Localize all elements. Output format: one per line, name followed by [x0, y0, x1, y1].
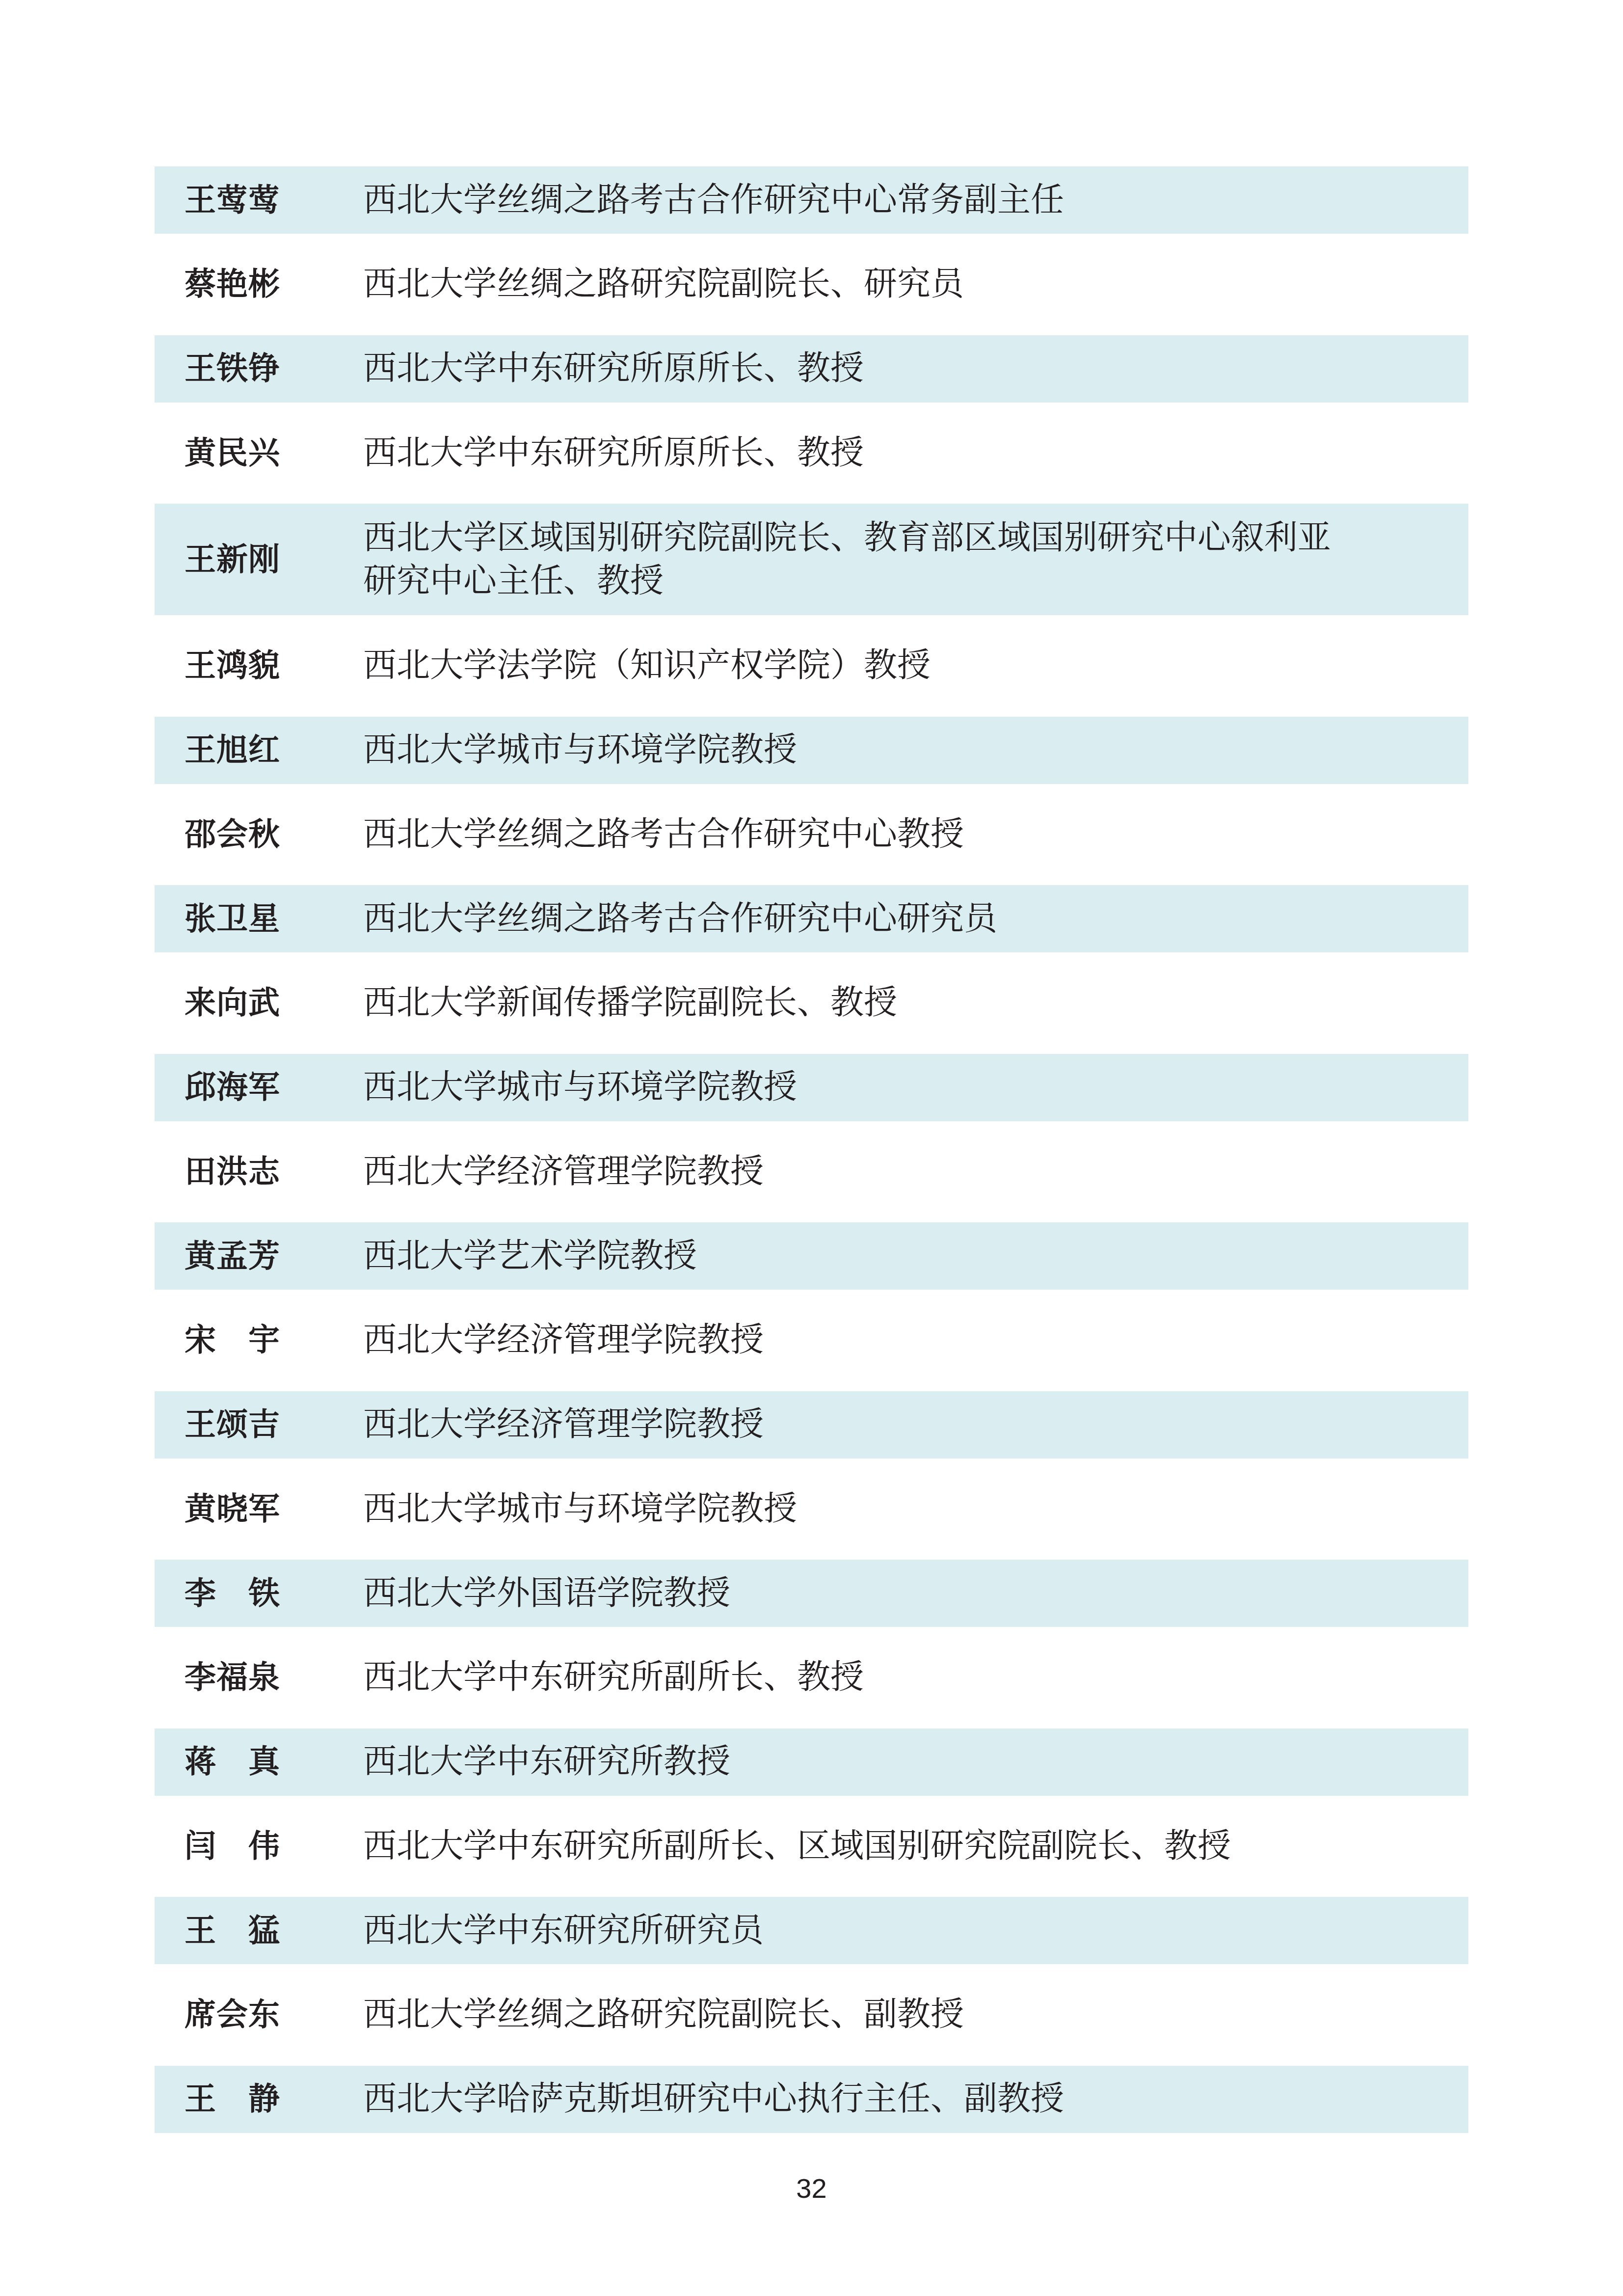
member-name: 王铁铮 — [185, 353, 280, 384]
name-char: 邵 — [185, 819, 216, 850]
member-name: 蒋真 — [185, 1746, 280, 1778]
name-char: 鸿 — [216, 650, 248, 681]
name-char: 军 — [248, 1072, 280, 1103]
member-name: 宋宇 — [185, 1324, 280, 1356]
name-char: 宋 — [185, 1324, 216, 1356]
member-title: 西北大学经济管理学院教授 — [363, 1319, 1418, 1362]
roster-row: 王莺莺 西北大学丝绸之路考古合作研究中心常务副主任 — [155, 166, 1468, 234]
name-char: 黄 — [185, 437, 216, 469]
member-title-line: 研究中心主任、教授 — [363, 560, 1418, 603]
name-char: 宇 — [248, 1324, 280, 1356]
name-char: 李 — [185, 1662, 216, 1693]
name-char: 会 — [216, 819, 248, 850]
name-char: 黄 — [185, 1493, 216, 1525]
name-char: 田 — [185, 1156, 216, 1188]
name-char: 吉 — [248, 1409, 280, 1440]
roster-row: 王静 西北大学哈萨克斯坦研究中心执行主任、副教授 — [155, 2066, 1468, 2133]
member-title: 西北大学中东研究所副所长、区域国别研究院副院长、教授 — [363, 1825, 1418, 1868]
name-char: 莺 — [216, 185, 248, 216]
name-char: 东 — [248, 1999, 280, 2030]
name-char: 王 — [185, 544, 216, 575]
member-name: 王猛 — [185, 1915, 280, 1946]
name-char: 刚 — [248, 544, 280, 575]
name-char: 伟 — [248, 1831, 280, 1862]
name-char: 铁 — [248, 1578, 280, 1609]
name-char: 福 — [216, 1662, 248, 1693]
name-char: 武 — [248, 987, 280, 1019]
member-name: 来向武 — [185, 987, 280, 1019]
name-char: 新 — [216, 544, 248, 575]
member-title: 西北大学中东研究所副所长、教授 — [363, 1656, 1418, 1699]
roster-row: 蔡艳彬 西北大学丝绸之路研究院副院长、研究员 — [155, 234, 1468, 335]
member-name: 黄晓军 — [185, 1493, 280, 1525]
name-char: 泉 — [248, 1662, 280, 1693]
name-char: 军 — [248, 1493, 280, 1525]
name-char: 艳 — [216, 269, 248, 300]
roster-row: 王铁铮 西北大学中东研究所原所长、教授 — [155, 335, 1468, 403]
name-char: 红 — [248, 734, 280, 766]
name-char: 闫 — [185, 1831, 216, 1862]
member-title: 西北大学艺术学院教授 — [363, 1235, 1418, 1278]
roster-row: 田洪志 西北大学经济管理学院教授 — [155, 1121, 1468, 1223]
name-char: 蒋 — [185, 1746, 216, 1778]
member-title: 西北大学经济管理学院教授 — [363, 1403, 1418, 1446]
member-title-line: 西北大学区域国别研究院副院长、教育部区域国别研究中心叙利亚 — [363, 516, 1418, 560]
name-char: 海 — [216, 1072, 248, 1103]
name-char: 静 — [248, 2083, 280, 2115]
member-title: 西北大学哈萨克斯坦研究中心执行主任、副教授 — [363, 2078, 1418, 2121]
name-char: 王 — [185, 2083, 216, 2115]
name-char: 王 — [185, 650, 216, 681]
member-name: 王鸿貌 — [185, 650, 280, 681]
name-char: 会 — [216, 1999, 248, 2030]
member-title: 西北大学中东研究所原所长、教授 — [363, 432, 1418, 475]
member-title: 西北大学中东研究所研究员 — [363, 1909, 1418, 1952]
name-char: 志 — [248, 1156, 280, 1188]
roster-row: 宋宇 西北大学经济管理学院教授 — [155, 1290, 1468, 1391]
member-name: 邵会秋 — [185, 819, 280, 850]
name-char: 彬 — [248, 269, 280, 300]
member-name: 王颂吉 — [185, 1409, 280, 1440]
roster-row: 闫伟 西北大学中东研究所副所长、区域国别研究院副院长、教授 — [155, 1796, 1468, 1897]
name-char: 王 — [185, 353, 216, 384]
name-char: 王 — [185, 1915, 216, 1946]
name-char: 来 — [185, 987, 216, 1019]
member-name: 蔡艳彬 — [185, 269, 280, 300]
member-name: 王旭红 — [185, 734, 280, 766]
member-title: 西北大学城市与环境学院教授 — [363, 1066, 1418, 1109]
member-title: 西北大学中东研究所原所长、教授 — [363, 347, 1418, 390]
member-title: 西北大学丝绸之路研究院副院长、副教授 — [363, 1993, 1418, 2036]
roster-row: 席会东 西北大学丝绸之路研究院副院长、副教授 — [155, 1964, 1468, 2066]
name-char: 铮 — [248, 353, 280, 384]
member-name: 王静 — [185, 2083, 280, 2115]
name-char: 猛 — [248, 1915, 280, 1946]
member-name: 黄民兴 — [185, 437, 280, 469]
member-title: 西北大学中东研究所教授 — [363, 1740, 1418, 1783]
name-char: 卫 — [216, 903, 248, 935]
name-char: 铁 — [216, 353, 248, 384]
name-char: 孟 — [216, 1241, 248, 1272]
member-name: 张卫星 — [185, 903, 280, 935]
member-title: 西北大学丝绸之路考古合作研究中心研究员 — [363, 897, 1418, 941]
roster-row: 来向武 西北大学新闻传播学院副院长、教授 — [155, 952, 1468, 1054]
roster-row: 黄孟芳 西北大学艺术学院教授 — [155, 1222, 1468, 1290]
name-char: 黄 — [185, 1241, 216, 1272]
roster-row: 王鸿貌 西北大学法学院（知识产权学院）教授 — [155, 615, 1468, 717]
member-title: 西北大学区域国别研究院副院长、教育部区域国别研究中心叙利亚 研究中心主任、教授 — [363, 516, 1418, 603]
name-char: 芳 — [248, 1241, 280, 1272]
name-char: 李 — [185, 1578, 216, 1609]
member-name: 王新刚 — [185, 544, 280, 575]
roster-row: 王颂吉 西北大学经济管理学院教授 — [155, 1391, 1468, 1459]
member-title: 西北大学丝绸之路考古合作研究中心常务副主任 — [363, 179, 1418, 222]
member-title: 西北大学法学院（知识产权学院）教授 — [363, 644, 1418, 687]
member-name: 邱海军 — [185, 1072, 280, 1103]
roster-row: 李福泉 西北大学中东研究所副所长、教授 — [155, 1627, 1468, 1729]
member-name: 席会东 — [185, 1999, 280, 2030]
member-name: 田洪志 — [185, 1156, 280, 1188]
member-name: 闫伟 — [185, 1831, 280, 1862]
roster-row: 王新刚 西北大学区域国别研究院副院长、教育部区域国别研究中心叙利亚 研究中心主任… — [155, 504, 1468, 615]
member-title: 西北大学丝绸之路考古合作研究中心教授 — [363, 813, 1418, 856]
name-char: 民 — [216, 437, 248, 469]
roster-row: 张卫星 西北大学丝绸之路考古合作研究中心研究员 — [155, 885, 1468, 952]
roster-row: 蒋真 西北大学中东研究所教授 — [155, 1729, 1468, 1796]
name-char: 王 — [185, 734, 216, 766]
roster-row: 邱海军 西北大学城市与环境学院教授 — [155, 1054, 1468, 1121]
member-name: 黄孟芳 — [185, 1241, 280, 1272]
name-char: 貌 — [248, 650, 280, 681]
name-char: 莺 — [248, 185, 280, 216]
name-char: 王 — [185, 185, 216, 216]
member-title: 西北大学外国语学院教授 — [363, 1572, 1418, 1615]
name-char: 张 — [185, 903, 216, 935]
name-char: 席 — [185, 1999, 216, 2030]
member-title: 西北大学经济管理学院教授 — [363, 1150, 1418, 1193]
member-title: 西北大学城市与环境学院教授 — [363, 729, 1418, 772]
name-char: 旭 — [216, 734, 248, 766]
roster-row: 王猛 西北大学中东研究所研究员 — [155, 1897, 1468, 1964]
member-title: 西北大学新闻传播学院副院长、教授 — [363, 981, 1418, 1025]
name-char: 颂 — [216, 1409, 248, 1440]
name-char: 秋 — [248, 819, 280, 850]
name-char: 蔡 — [185, 269, 216, 300]
name-char: 真 — [248, 1746, 280, 1778]
name-char: 兴 — [248, 437, 280, 469]
roster-row: 邵会秋 西北大学丝绸之路考古合作研究中心教授 — [155, 784, 1468, 886]
name-char: 晓 — [216, 1493, 248, 1525]
name-char: 星 — [248, 903, 280, 935]
member-roster-table: 王莺莺 西北大学丝绸之路考古合作研究中心常务副主任 蔡艳彬 西北大学丝绸之路研究… — [155, 166, 1468, 2133]
roster-row: 王旭红 西北大学城市与环境学院教授 — [155, 717, 1468, 784]
member-name: 李铁 — [185, 1578, 280, 1609]
roster-row: 李铁 西北大学外国语学院教授 — [155, 1560, 1468, 1627]
member-name: 王莺莺 — [185, 185, 280, 216]
member-title: 西北大学丝绸之路研究院副院长、研究员 — [363, 263, 1418, 306]
roster-row: 黄晓军 西北大学城市与环境学院教授 — [155, 1459, 1468, 1560]
member-name: 李福泉 — [185, 1662, 280, 1693]
roster-row: 黄民兴 西北大学中东研究所原所长、教授 — [155, 403, 1468, 504]
name-char: 向 — [216, 987, 248, 1019]
name-char: 邱 — [185, 1072, 216, 1103]
name-char: 洪 — [216, 1156, 248, 1188]
page-number: 32 — [0, 2175, 1623, 2202]
name-char: 王 — [185, 1409, 216, 1440]
member-title: 西北大学城市与环境学院教授 — [363, 1487, 1418, 1531]
